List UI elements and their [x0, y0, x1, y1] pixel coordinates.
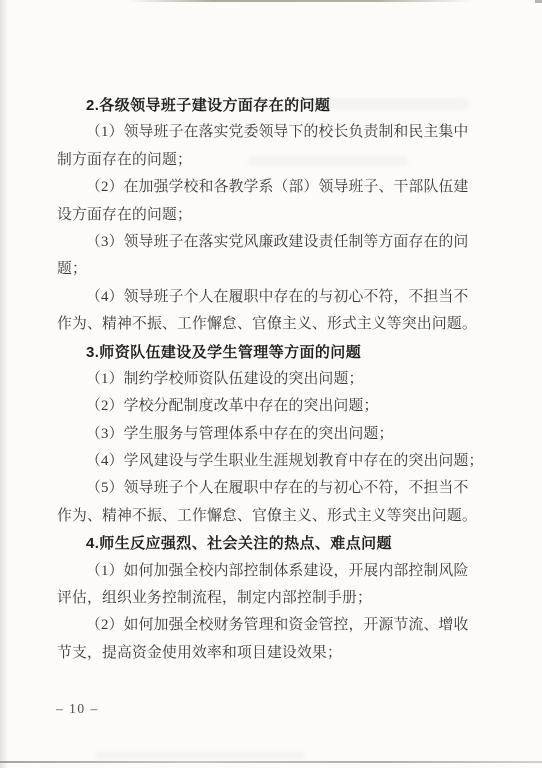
page-number: – 10 – [56, 699, 99, 719]
body-line: （4）领导班子个人在履职中存在的与初心不符，不担当不 [57, 284, 487, 311]
scan-edge-left [0, 0, 8, 768]
body-line: （3）学生服务与管理体系中存在的突出问题； [57, 421, 487, 448]
scan-edge-bottom [0, 761, 542, 763]
body-line: （1）如何加强全校内部控制体系建设，开展内部控制风险 [57, 558, 487, 585]
body-line: 制方面存在的问题； [57, 147, 487, 174]
body-line: 作为、精神不振、工作懈怠、官僚主义、形式主义等突出问题。 [57, 311, 487, 338]
body-line: （4）学风建设与学生职业生涯规划教育中存在的突出问题； [57, 448, 487, 475]
body-line: 设方面存在的问题； [57, 202, 487, 229]
section-heading-line: 3.师资队伍建设及学生管理等方面的问题 [57, 339, 487, 366]
body-line: （5）领导班子个人在履职中存在的与初心不符，不担当不 [57, 475, 487, 502]
document-text-block: 2.各级领导班子建设方面存在的问题 （1）领导班子在落实党委领导下的校长负责制和… [57, 92, 487, 667]
scan-edge-top [128, 0, 473, 2]
bleed-through-artifact [95, 752, 305, 759]
document-page: 2.各级领导班子建设方面存在的问题 （1）领导班子在落实党委领导下的校长负责制和… [0, 0, 542, 768]
scan-corner-speck [535, 0, 542, 3]
body-line: （2）在加强学校和各教学系（部）领导班子、干部队伍建 [57, 174, 487, 201]
body-line: 作为、精神不振、工作懈怠、官僚主义、形式主义等突出问题。 [57, 503, 487, 530]
body-line: （1）制约学校师资队伍建设的突出问题； [57, 366, 487, 393]
section-heading-line: 4.师生反应强烈、社会关注的热点、难点问题 [57, 530, 487, 557]
body-line: （1）领导班子在落实党委领导下的校长负责制和民主集中 [57, 119, 487, 146]
body-line: （2）学校分配制度改革中存在的突出问题； [57, 393, 487, 420]
body-line: （3）领导班子在落实党风廉政建设责任制等方面存在的问 [57, 229, 487, 256]
section-heading-line: 2.各级领导班子建设方面存在的问题 [57, 92, 487, 119]
body-line: 评估，组织业务控制流程，制定内部控制手册； [57, 585, 487, 612]
body-line: 节支，提高资金使用效率和项目建设效果； [57, 640, 487, 667]
body-line: （2）如何加强全校财务管理和资金管控，开源节流、增收 [57, 612, 487, 639]
body-line: 题； [57, 256, 487, 283]
